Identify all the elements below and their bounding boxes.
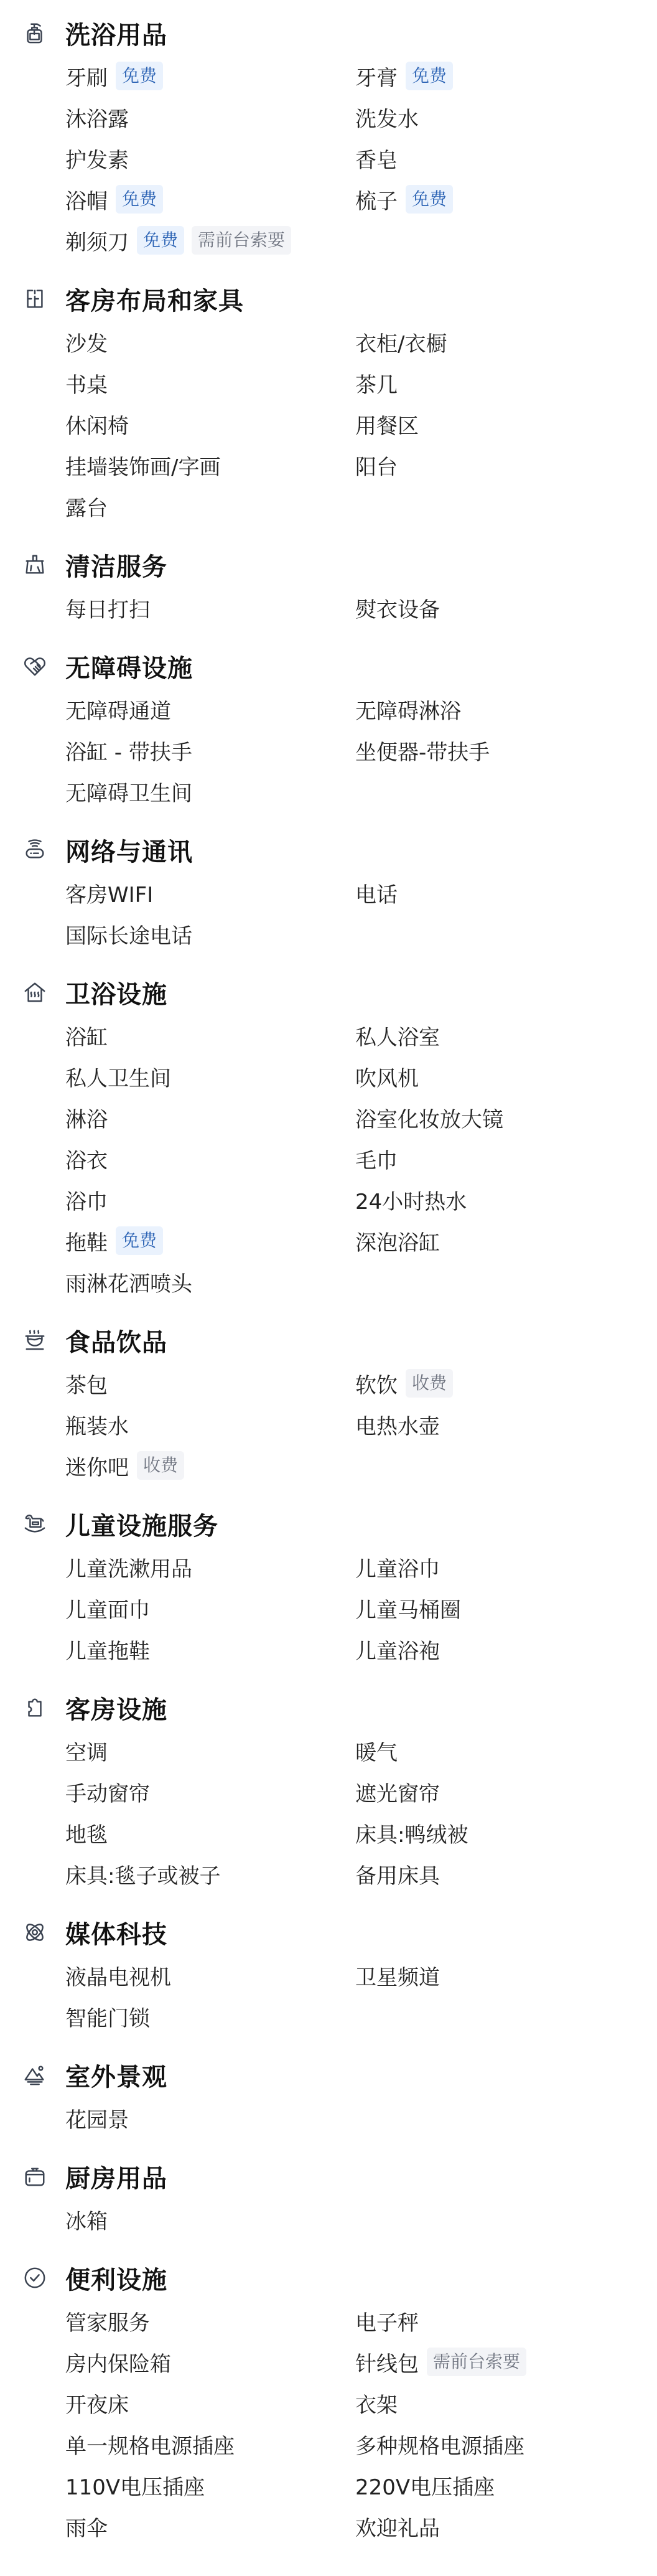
amenity-label: 浴帽 xyxy=(65,184,108,215)
amenity-label: 沐浴露 xyxy=(65,102,129,133)
amenity-section: 便利设施管家服务电子秤房内保险箱针线包需前台索要开夜床衣架单一规格电源插座多种规… xyxy=(0,2255,657,2547)
amenity-item: 浴缸 xyxy=(65,1015,355,1056)
amenity-section: 客房设施空调暖气手动窗帘遮光窗帘地毯床具:鸭绒被床具:毯子或被子备用床具 xyxy=(0,1685,657,1894)
section-title: 卫浴设施 xyxy=(65,975,167,1010)
section-header: 便利设施 xyxy=(0,2255,657,2300)
amenity-label: 瓶装水 xyxy=(65,1409,129,1440)
amenity-grid: 儿童洗漱用品儿童浴巾儿童面巾儿童马桶圈儿童拖鞋儿童浴袍 xyxy=(65,1546,657,1670)
amenity-label: 儿童马桶圈 xyxy=(355,1593,461,1624)
amenity-item: 坐便器-带扶手 xyxy=(355,730,645,771)
amenity-label: 牙刷 xyxy=(65,61,108,92)
free-badge: 免费 xyxy=(406,185,453,214)
section-header: 厨房用品 xyxy=(0,2154,657,2199)
amenity-label: 暖气 xyxy=(355,1736,398,1766)
amenity-label: 熨衣设备 xyxy=(355,593,440,623)
amenity-label: 管家服务 xyxy=(65,2306,150,2336)
floor-plan-icon xyxy=(22,286,47,311)
amenity-label: 护发素 xyxy=(65,143,129,174)
amenity-item: 香皂 xyxy=(355,138,645,179)
amenity-label: 国际长途电话 xyxy=(65,919,192,949)
amenity-item: 休闲椅 xyxy=(65,403,355,444)
broom-icon xyxy=(22,552,47,577)
amenity-label: 毛巾 xyxy=(355,1144,398,1174)
section-title: 室外景观 xyxy=(65,2057,167,2093)
section-header: 清洁服务 xyxy=(0,542,657,587)
amenity-item: 地毯 xyxy=(65,1812,355,1853)
section-header: 客房布局和家具 xyxy=(0,276,657,321)
amenity-label: 地毯 xyxy=(65,1818,108,1848)
section-title: 媒体科技 xyxy=(65,1915,167,1950)
amenity-item: 110V电压插座 xyxy=(65,2465,355,2506)
amenity-item: 雨伞 xyxy=(65,2506,355,2547)
amenity-label: 淋浴 xyxy=(65,1102,108,1133)
amenity-label: 单一规格电源插座 xyxy=(65,2429,235,2460)
amenity-item: 卫星频道 xyxy=(355,1955,645,1996)
amenity-item: 私人卫生间 xyxy=(65,1056,355,1097)
amenity-section: 客房布局和家具沙发衣柜/衣橱书桌茶几休闲椅用餐区挂墙装饰画/字画阳台露台 xyxy=(0,276,657,527)
section-title: 儿童设施服务 xyxy=(65,1507,218,1542)
amenity-label: 休闲椅 xyxy=(65,409,129,440)
amenity-section: 洗浴用品牙刷免费牙膏免费沐浴露洗发水护发素香皂浴帽免费梳子免费剃须刀免费需前台索… xyxy=(0,11,657,261)
amenity-item: 吹风机 xyxy=(355,1056,645,1097)
amenity-label: 坐便器-带扶手 xyxy=(355,735,490,766)
amenity-label: 浴缸 xyxy=(65,1020,108,1051)
amenity-grid: 每日打扫熨衣设备 xyxy=(65,587,657,628)
amenity-item: 衣架 xyxy=(355,2382,645,2423)
amenity-label: 冰箱 xyxy=(65,2204,108,2235)
amenity-item: 浴缸 - 带扶手 xyxy=(65,730,355,771)
amenity-label: 电热水壶 xyxy=(355,1409,440,1440)
amenity-section: 媒体科技液晶电视机卫星频道智能门锁 xyxy=(0,1910,657,2037)
amenity-label: 茶几 xyxy=(355,368,398,398)
amenity-item: 管家服务 xyxy=(65,2300,355,2341)
amenity-label: 衣柜/衣橱 xyxy=(355,327,447,357)
amenity-item: 多种规格电源插座 xyxy=(355,2423,645,2465)
amenity-label: 雨伞 xyxy=(65,2511,108,2542)
amenity-item: 挂墙装饰画/字画 xyxy=(65,444,355,486)
amenity-item: 床具:毯子或被子 xyxy=(65,1853,355,1894)
amenity-label: 拖鞋 xyxy=(65,1226,108,1256)
amenity-section: 无障碍设施无障碍通道无障碍淋浴浴缸 - 带扶手坐便器-带扶手无障碍卫生间 xyxy=(0,644,657,812)
section-header: 无障碍设施 xyxy=(0,644,657,689)
amenity-item: 茶包 xyxy=(65,1363,355,1404)
amenity-item: 遮光窗帘 xyxy=(355,1771,645,1812)
amenity-item: 针线包需前台索要 xyxy=(355,2341,645,2382)
amenity-label: 无障碍卫生间 xyxy=(65,776,192,807)
section-title: 无障碍设施 xyxy=(65,649,193,684)
amenity-label: 浴巾 xyxy=(65,1185,108,1215)
note-badge: 需前台索要 xyxy=(427,2348,526,2376)
amenity-item: 深泡浴缸 xyxy=(355,1220,645,1261)
amenity-item: 用餐区 xyxy=(355,403,645,444)
amenity-label: 欢迎礼品 xyxy=(355,2511,440,2542)
amenity-item: 儿童浴巾 xyxy=(355,1546,645,1587)
amenity-label: 衣架 xyxy=(355,2388,398,2419)
amenity-item: 毛巾 xyxy=(355,1138,645,1179)
amenity-label: 用餐区 xyxy=(355,409,419,440)
amenity-label: 阳台 xyxy=(355,450,398,481)
amenity-item: 护发素 xyxy=(65,138,355,179)
section-header: 洗浴用品 xyxy=(0,11,657,55)
amenity-label: 迷你吧 xyxy=(65,1450,129,1481)
amenity-item: 备用床具 xyxy=(355,1853,645,1894)
amenity-item: 儿童马桶圈 xyxy=(355,1587,645,1629)
amenity-label: 儿童洗漱用品 xyxy=(65,1552,192,1582)
amenity-item: 瓶装水 xyxy=(65,1404,355,1445)
amenity-item: 儿童洗漱用品 xyxy=(65,1546,355,1587)
amenity-item: 儿童浴袍 xyxy=(355,1629,645,1670)
amenity-item: 私人浴室 xyxy=(355,1015,645,1056)
amenity-grid: 花园景 xyxy=(65,2097,657,2138)
amenity-label: 房内保险箱 xyxy=(65,2347,171,2377)
amenity-label: 每日打扫 xyxy=(65,593,150,623)
amenity-item: 手动窗帘 xyxy=(65,1771,355,1812)
amenity-grid: 牙刷免费牙膏免费沐浴露洗发水护发素香皂浴帽免费梳子免费剃须刀免费需前台索要 xyxy=(65,55,657,261)
amenity-item: 剃须刀免费需前台索要 xyxy=(65,220,355,261)
amenity-label: 开夜床 xyxy=(65,2388,129,2419)
section-header: 网络与通讯 xyxy=(0,827,657,872)
amenity-item: 露台 xyxy=(65,486,355,527)
amenity-item: 淋浴 xyxy=(65,1097,355,1138)
amenity-label: 液晶电视机 xyxy=(65,1960,171,1991)
amenity-label: 软饮 xyxy=(355,1368,398,1399)
amenity-label: 挂墙装饰画/字画 xyxy=(65,450,220,481)
amenity-grid: 客房WIFI电话国际长途电话 xyxy=(65,872,657,954)
note-badge: 需前台索要 xyxy=(192,226,291,255)
amenity-label: 露台 xyxy=(65,491,108,522)
amenity-item: 牙刷免费 xyxy=(65,55,355,96)
amenity-label: 110V电压插座 xyxy=(65,2470,205,2501)
amenity-item: 花园景 xyxy=(65,2097,355,2138)
hot-cup-icon xyxy=(22,1328,47,1353)
amenity-grid: 浴缸私人浴室私人卫生间吹风机淋浴浴室化妆放大镜浴衣毛巾浴巾24小时热水拖鞋免费深… xyxy=(65,1015,657,1302)
note-badge: 收费 xyxy=(406,1369,453,1398)
section-title: 清洁服务 xyxy=(65,547,167,583)
amenity-item: 迷你吧收费 xyxy=(65,1445,355,1486)
amenity-section: 厨房用品冰箱 xyxy=(0,2154,657,2240)
amenity-grid: 空调暖气手动窗帘遮光窗帘地毯床具:鸭绒被床具:毯子或被子备用床具 xyxy=(65,1730,657,1894)
amenity-label: 浴衣 xyxy=(65,1144,108,1174)
amenity-item: 电热水壶 xyxy=(355,1404,645,1445)
amenity-label: 牙膏 xyxy=(355,61,398,92)
amenity-label: 花园景 xyxy=(65,2103,129,2133)
amenity-section: 卫浴设施浴缸私人浴室私人卫生间吹风机淋浴浴室化妆放大镜浴衣毛巾浴巾24小时热水拖… xyxy=(0,970,657,1302)
amenity-item: 儿童拖鞋 xyxy=(65,1629,355,1670)
puzzle-icon xyxy=(22,1695,47,1720)
amenity-label: 儿童浴袍 xyxy=(355,1634,440,1665)
amenity-item: 单一规格电源插座 xyxy=(65,2423,355,2465)
amenity-item: 无障碍通道 xyxy=(65,689,355,730)
amenity-label: 私人卫生间 xyxy=(65,1061,171,1092)
free-badge: 免费 xyxy=(116,62,163,90)
amenity-label: 沙发 xyxy=(65,327,108,357)
amenity-item: 梳子免费 xyxy=(355,179,645,220)
amenity-item: 欢迎礼品 xyxy=(355,2506,645,2547)
amenity-label: 智能门锁 xyxy=(65,2001,150,2032)
amenity-label: 香皂 xyxy=(355,143,398,174)
amenity-item: 洗发水 xyxy=(355,96,645,138)
amenity-label: 儿童浴巾 xyxy=(355,1552,440,1582)
amenity-label: 梳子 xyxy=(355,184,398,215)
amenity-item: 衣柜/衣橱 xyxy=(355,321,645,362)
section-header: 食品饮品 xyxy=(0,1318,657,1363)
amenity-label: 床具:鸭绒被 xyxy=(355,1818,468,1848)
amenity-label: 茶包 xyxy=(65,1368,108,1399)
amenity-section: 室外景观花园景 xyxy=(0,2052,657,2138)
amenity-item: 液晶电视机 xyxy=(65,1955,355,1996)
amenity-label: 私人浴室 xyxy=(355,1020,440,1051)
amenity-label: 空调 xyxy=(65,1736,108,1766)
amenity-grid: 液晶电视机卫星频道智能门锁 xyxy=(65,1955,657,2037)
atom-icon xyxy=(22,1920,47,1945)
amenity-item: 浴巾 xyxy=(65,1179,355,1220)
amenity-label: 备用床具 xyxy=(355,1859,440,1889)
section-title: 客房设施 xyxy=(65,1690,167,1726)
amenity-item: 浴衣 xyxy=(65,1138,355,1179)
section-title: 客房布局和家具 xyxy=(65,281,244,317)
amenity-label: 浴室化妆放大镜 xyxy=(355,1102,503,1133)
amenity-item: 牙膏免费 xyxy=(355,55,645,96)
section-title: 洗浴用品 xyxy=(65,16,167,51)
amenity-label: 剃须刀 xyxy=(65,225,129,256)
amenity-label: 220V电压插座 xyxy=(355,2470,495,2501)
amenities-list: 洗浴用品牙刷免费牙膏免费沐浴露洗发水护发素香皂浴帽免费梳子免费剃须刀免费需前台索… xyxy=(0,0,657,2547)
amenity-grid: 茶包软饮收费瓶装水电热水壶迷你吧收费 xyxy=(65,1363,657,1486)
section-title: 食品饮品 xyxy=(65,1323,167,1358)
amenity-item: 房内保险箱 xyxy=(65,2341,355,2382)
amenity-item: 阳台 xyxy=(355,444,645,486)
amenity-item: 每日打扫 xyxy=(65,587,355,628)
cooking-pot-icon xyxy=(22,2164,47,2189)
amenity-label: 吹风机 xyxy=(355,1061,419,1092)
amenity-item: 暖气 xyxy=(355,1730,645,1771)
amenity-label: 洗发水 xyxy=(355,102,419,133)
amenity-label: 24小时热水 xyxy=(355,1185,467,1215)
house-steam-icon xyxy=(22,980,47,1005)
amenity-label: 针线包 xyxy=(355,2347,419,2377)
amenity-item: 220V电压插座 xyxy=(355,2465,645,2506)
amenity-item: 拖鞋免费 xyxy=(65,1220,355,1261)
section-header: 卫浴设施 xyxy=(0,970,657,1015)
amenity-item: 沐浴露 xyxy=(65,96,355,138)
amenity-grid: 管家服务电子秤房内保险箱针线包需前台索要开夜床衣架单一规格电源插座多种规格电源插… xyxy=(65,2300,657,2547)
amenity-label: 无障碍淋浴 xyxy=(355,694,461,725)
section-header: 室外景观 xyxy=(0,2052,657,2097)
amenity-grid: 无障碍通道无障碍淋浴浴缸 - 带扶手坐便器-带扶手无障碍卫生间 xyxy=(65,689,657,812)
amenity-label: 电子秤 xyxy=(355,2306,419,2336)
amenity-label: 儿童拖鞋 xyxy=(65,1634,150,1665)
amenity-item: 儿童面巾 xyxy=(65,1587,355,1629)
amenity-label: 卫星频道 xyxy=(355,1960,440,1991)
amenity-item: 开夜床 xyxy=(65,2382,355,2423)
mountain-view-icon xyxy=(22,2062,47,2087)
free-badge: 免费 xyxy=(116,1226,163,1255)
section-header: 儿童设施服务 xyxy=(0,1502,657,1546)
amenity-item: 书桌 xyxy=(65,362,355,403)
free-badge: 免费 xyxy=(116,185,163,214)
amenity-label: 多种规格电源插座 xyxy=(355,2429,524,2460)
amenity-label: 浴缸 - 带扶手 xyxy=(65,735,192,766)
amenity-label: 手动窗帘 xyxy=(65,1777,150,1807)
amenity-section: 儿童设施服务儿童洗漱用品儿童浴巾儿童面巾儿童马桶圈儿童拖鞋儿童浴袍 xyxy=(0,1502,657,1670)
amenity-item: 电话 xyxy=(355,872,645,913)
amenity-label: 床具:毯子或被子 xyxy=(65,1859,220,1889)
wifi-router-icon xyxy=(22,837,47,862)
amenity-item: 客房WIFI xyxy=(65,872,355,913)
soap-dispenser-icon xyxy=(22,21,47,45)
note-badge: 收费 xyxy=(137,1451,184,1480)
amenity-item: 软饮收费 xyxy=(355,1363,645,1404)
section-header: 客房设施 xyxy=(0,1685,657,1730)
amenity-grid: 沙发衣柜/衣橱书桌茶几休闲椅用餐区挂墙装饰画/字画阳台露台 xyxy=(65,321,657,527)
amenity-label: 无障碍通道 xyxy=(65,694,171,725)
amenity-item: 无障碍淋浴 xyxy=(355,689,645,730)
free-badge: 免费 xyxy=(406,62,453,90)
amenity-item: 空调 xyxy=(65,1730,355,1771)
amenity-label: 电话 xyxy=(355,878,398,908)
amenity-label: 儿童面巾 xyxy=(65,1593,150,1624)
check-circle-icon xyxy=(22,2265,47,2290)
amenity-item: 浴室化妆放大镜 xyxy=(355,1097,645,1138)
amenity-label: 雨淋花洒喷头 xyxy=(65,1267,192,1297)
heart-handshake-icon xyxy=(22,654,47,679)
amenity-section: 食品饮品茶包软饮收费瓶装水电热水壶迷你吧收费 xyxy=(0,1318,657,1486)
amenity-item: 国际长途电话 xyxy=(65,913,355,954)
amenity-item: 沙发 xyxy=(65,321,355,362)
amenity-item: 床具:鸭绒被 xyxy=(355,1812,645,1853)
amenity-item: 冰箱 xyxy=(65,2199,355,2240)
amenity-section: 清洁服务每日打扫熨衣设备 xyxy=(0,542,657,628)
amenity-grid: 冰箱 xyxy=(65,2199,657,2240)
section-title: 便利设施 xyxy=(65,2260,167,2296)
amenity-item: 24小时热水 xyxy=(355,1179,645,1220)
amenity-item: 雨淋花洒喷头 xyxy=(65,1261,355,1302)
amenity-label: 客房WIFI xyxy=(65,878,153,908)
rocking-horse-icon xyxy=(22,1511,47,1536)
amenity-item: 熨衣设备 xyxy=(355,587,645,628)
amenity-item: 浴帽免费 xyxy=(65,179,355,220)
amenity-section: 网络与通讯客房WIFI电话国际长途电话 xyxy=(0,827,657,954)
amenity-item: 茶几 xyxy=(355,362,645,403)
amenity-item: 电子秤 xyxy=(355,2300,645,2341)
free-badge: 免费 xyxy=(137,226,184,255)
section-header: 媒体科技 xyxy=(0,1910,657,1955)
amenity-item: 无障碍卫生间 xyxy=(65,771,355,812)
amenity-label: 深泡浴缸 xyxy=(355,1226,440,1256)
amenity-label: 书桌 xyxy=(65,368,108,398)
amenity-item: 智能门锁 xyxy=(65,1996,355,2037)
amenity-label: 遮光窗帘 xyxy=(355,1777,440,1807)
section-title: 网络与通讯 xyxy=(65,832,193,868)
section-title: 厨房用品 xyxy=(65,2159,167,2194)
